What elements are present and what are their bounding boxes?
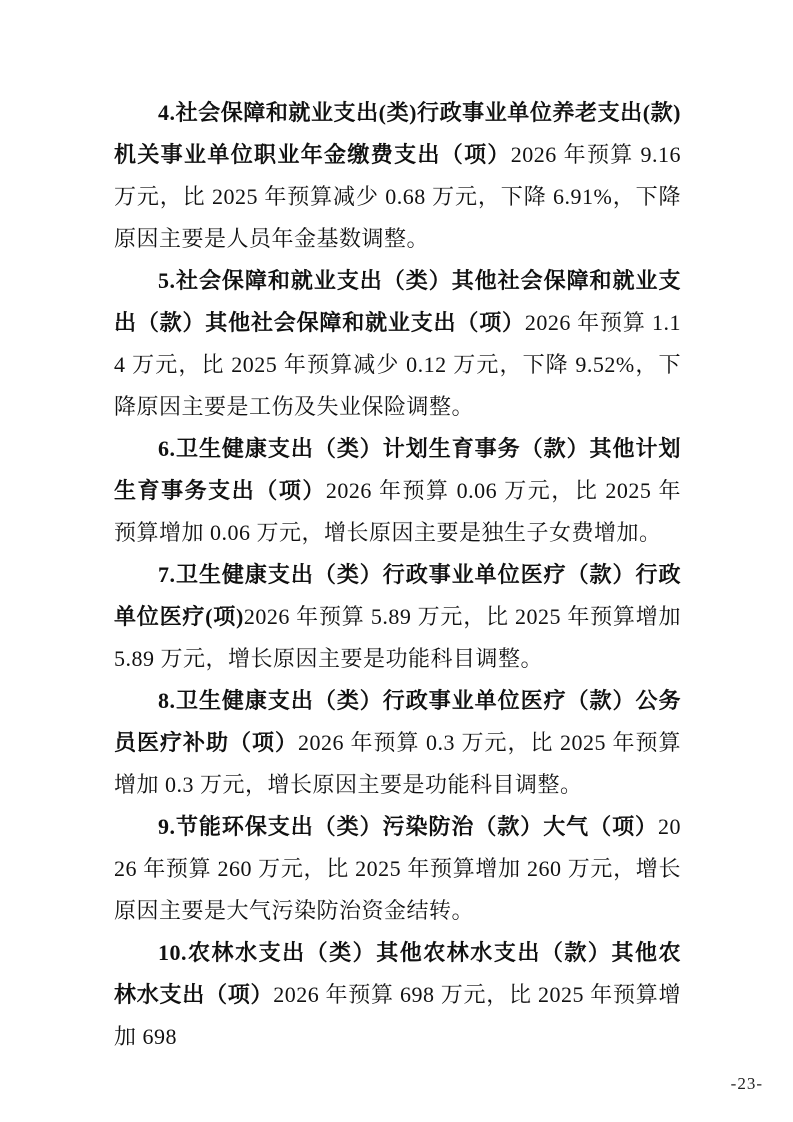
paragraph-item-9: 9.节能环保支出（类）污染防治（款）大气（项）2026 年预算 260 万元，比…	[114, 806, 681, 932]
document-body: 4.社会保障和就业支出(类)行政事业单位养老支出(款)机关事业单位职业年金缴费支…	[114, 92, 681, 1058]
paragraph-item-5: 5.社会保障和就业支出（类）其他社会保障和就业支出（款）其他社会保障和就业支出（…	[114, 260, 681, 428]
paragraph-9-heading: 9.节能环保支出（类）污染防治（款）大气（项）	[158, 814, 658, 839]
paragraph-item-10: 10.农林水支出（类）其他农林水支出（款）其他农林水支出（项）2026 年预算 …	[114, 932, 681, 1058]
paragraph-item-4: 4.社会保障和就业支出(类)行政事业单位养老支出(款)机关事业单位职业年金缴费支…	[114, 92, 681, 260]
paragraph-item-7: 7.卫生健康支出（类）行政事业单位医疗（款）行政单位医疗(项)2026 年预算 …	[114, 554, 681, 680]
paragraph-item-6: 6.卫生健康支出（类）计划生育事务（款）其他计划生育事务支出（项）2026 年预…	[114, 428, 681, 554]
page-number: -23-	[731, 1074, 763, 1094]
paragraph-item-8: 8.卫生健康支出（类）行政事业单位医疗（款）公务员医疗补助（项）2026 年预算…	[114, 680, 681, 806]
document-page: 4.社会保障和就业支出(类)行政事业单位养老支出(款)机关事业单位职业年金缴费支…	[0, 0, 793, 1122]
